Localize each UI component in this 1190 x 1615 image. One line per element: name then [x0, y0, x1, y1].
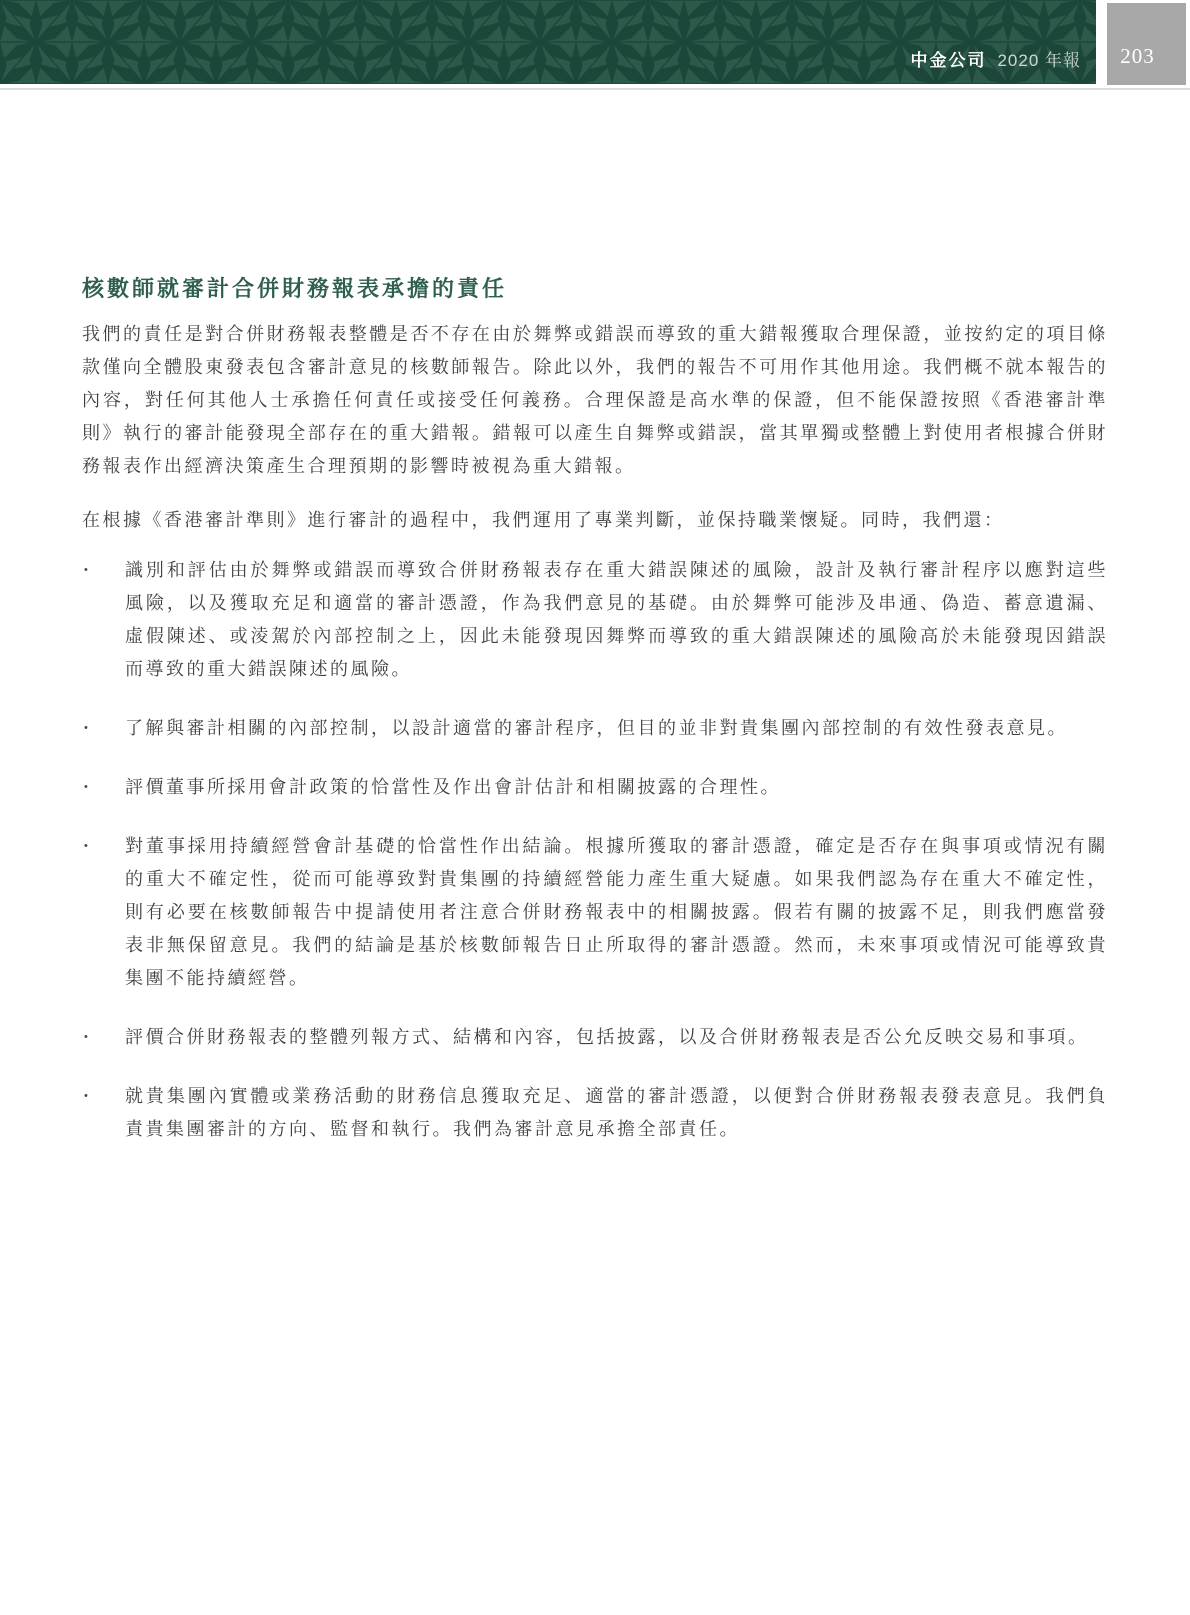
paragraph-responsibility: 我們的責任是對合併財務報表整體是否不存在由於舞弊或錯誤而導致的重大錯報獲取合理保…	[82, 318, 1108, 483]
list-item: • 對董事採用持續經營會計基礎的恰當性作出結論。根據所獲取的審計憑證，確定是否存…	[82, 830, 1108, 995]
header-band: 中金公司 2020 年報	[0, 0, 1096, 84]
page-number-box: 203	[1107, 3, 1186, 85]
list-item-text: 評價董事所採用會計政策的恰當性及作出會計估計和相關披露的合理性。	[125, 771, 1108, 804]
bullet-icon: •	[84, 771, 88, 804]
paragraph-audit-process: 在根據《香港審計準則》進行審計的過程中，我們運用了專業判斷，並保持職業懷疑。同時…	[82, 504, 1108, 537]
list-item-text: 了解與審計相關的內部控制，以設計適當的審計程序，但目的並非對貴集團內部控制的有效…	[125, 712, 1108, 745]
header-titles: 中金公司 2020 年報	[910, 46, 1081, 71]
list-item: • 就貴集團內實體或業務活動的財務信息獲取充足、適當的審計憑證，以便對合併財務報…	[82, 1080, 1108, 1146]
list-item-text: 對董事採用持續經營會計基礎的恰當性作出結論。根據所獲取的審計憑證，確定是否存在與…	[125, 830, 1108, 995]
company-name: 中金公司	[910, 46, 986, 71]
document-content: 核數師就審計合併財務報表承擔的責任 我們的責任是對合併財務報表整體是否不存在由於…	[0, 90, 1190, 1172]
page-number: 203	[1120, 44, 1155, 69]
list-item-text: 識別和評估由於舞弊或錯誤而導致合併財務報表存在重大錯誤陳述的風險，設計及執行審計…	[125, 554, 1108, 686]
asanoha-pattern-graphic	[0, 0, 1096, 84]
list-item: • 了解與審計相關的內部控制，以設計適當的審計程序，但目的並非對貴集團內部控制的…	[82, 712, 1108, 745]
bullet-icon: •	[84, 712, 88, 745]
bullet-icon: •	[84, 830, 88, 863]
bullet-icon: •	[84, 554, 88, 587]
list-item: • 評價董事所採用會計政策的恰當性及作出會計估計和相關披露的合理性。	[82, 771, 1108, 804]
bullet-icon: •	[84, 1080, 88, 1113]
list-item: • 識別和評估由於舞弊或錯誤而導致合併財務報表存在重大錯誤陳述的風險，設計及執行…	[82, 554, 1108, 686]
audit-procedures-list: • 識別和評估由於舞弊或錯誤而導致合併財務報表存在重大錯誤陳述的風險，設計及執行…	[82, 554, 1108, 1146]
bullet-icon: •	[84, 1021, 88, 1054]
list-item: • 評價合併財務報表的整體列報方式、結構和內容，包括披露，以及合併財務報表是否公…	[82, 1021, 1108, 1054]
list-item-text: 評價合併財務報表的整體列報方式、結構和內容，包括披露，以及合併財務報表是否公允反…	[125, 1021, 1108, 1054]
report-edition: 2020 年報	[997, 46, 1081, 71]
report-page: 中金公司 2020 年報 203 核數師就審計合併財務報表承擔的責任 我們的責任…	[0, 0, 1190, 1615]
section-title: 核數師就審計合併財務報表承擔的責任	[82, 273, 1108, 305]
list-item-text: 就貴集團內實體或業務活動的財務信息獲取充足、適當的審計憑證，以便對合併財務報表發…	[125, 1080, 1108, 1146]
